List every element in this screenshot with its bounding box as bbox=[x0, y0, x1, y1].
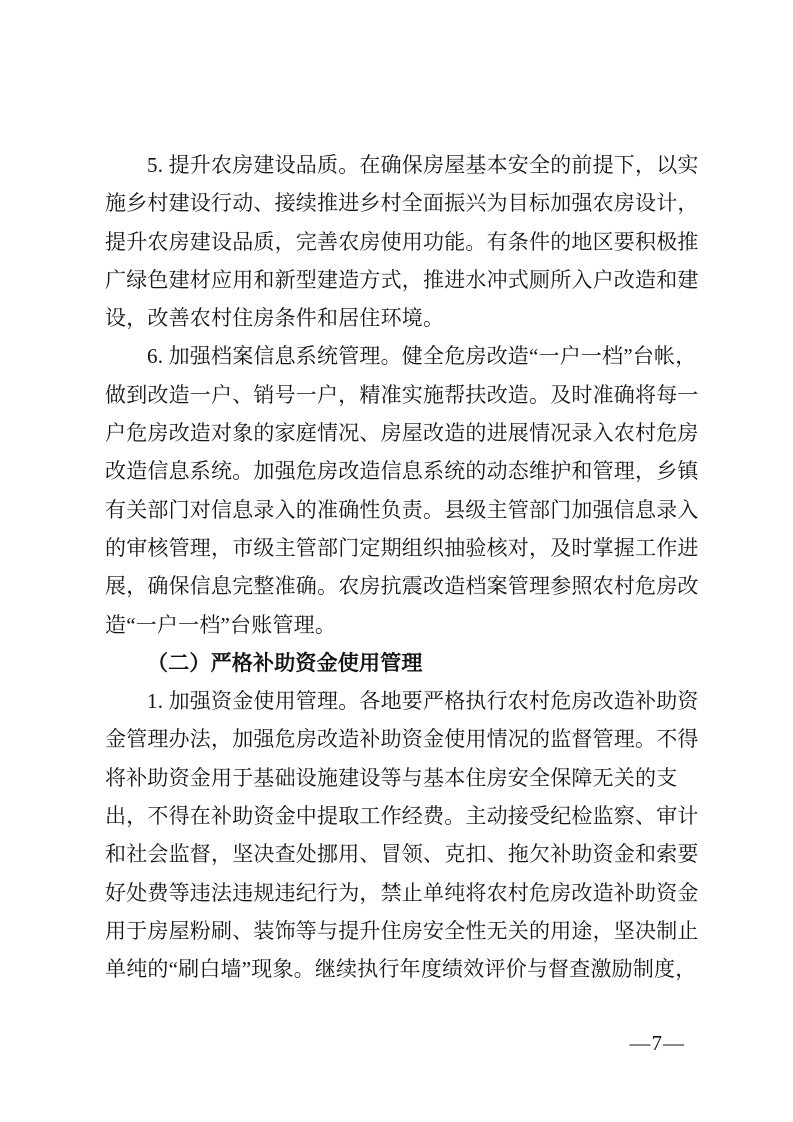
para-item1-line: 将补助资金用于基础设施建设等与基本住房安全保障无关的支 bbox=[105, 759, 697, 797]
para-item6-line: 户危房改造对象的家庭情况、房屋改造的进展情况录入农村危房 bbox=[105, 414, 697, 452]
para-item1-line: 1. 加强资金使用管理。各地要严格执行农村危房改造补助资 bbox=[105, 682, 697, 720]
para-item6-line: 的审核管理，市级主管部门定期组织抽验核对，及时掌握工作进 bbox=[105, 529, 697, 567]
para-item6-line: 造“一户一档”台账管理。 bbox=[105, 606, 697, 644]
para-item1-line: 出，不得在补助资金中提取工作经费。主动接受纪检监察、审计 bbox=[105, 797, 697, 835]
page-number: —7— bbox=[630, 1031, 686, 1055]
para-item1-line: 用于房屋粉刷、装饰等与提升住房安全性无关的用途，坚决制止 bbox=[105, 912, 697, 950]
para-item6-line: 做到改造一户、销号一户，精准实施帮扶改造。及时准确将每一 bbox=[105, 376, 697, 414]
para-item1-line: 好处费等违法违规违纪行为，禁止单纯将农村危房改造补助资金 bbox=[105, 874, 697, 912]
para-item5-line: 施乡村建设行动、接续推进乡村全面振兴为目标加强农房设计， bbox=[105, 184, 697, 222]
para-item5-line: 广绿色建材应用和新型建造方式，推进水冲式厕所入户改造和建 bbox=[105, 261, 697, 299]
para-item1-line: 单纯的“刷白墙”现象。继续执行年度绩效评价与督查激励制度， bbox=[105, 950, 697, 988]
section-heading: （二）严格补助资金使用管理 bbox=[105, 644, 697, 682]
para-item5-line: 5. 提升农房建设品质。在确保房屋基本安全的前提下，以实 bbox=[105, 146, 697, 184]
para-item6-line: 展，确保信息完整准确。农房抗震改造档案管理参照农村危房改 bbox=[105, 567, 697, 605]
para-item6-line: 6. 加强档案信息系统管理。健全危房改造“一户一档”台帐， bbox=[105, 337, 697, 375]
document-page: 5. 提升农房建设品质。在确保房屋基本安全的前提下，以实 施乡村建设行动、接续推… bbox=[0, 0, 793, 1122]
para-item5-line: 提升农房建设品质，完善农房使用功能。有条件的地区要积极推 bbox=[105, 223, 697, 261]
document-body: 5. 提升农房建设品质。在确保房屋基本安全的前提下，以实 施乡村建设行动、接续推… bbox=[105, 146, 697, 989]
para-item1-line: 和社会监督，坚决查处挪用、冒领、克扣、拖欠补助资金和索要 bbox=[105, 835, 697, 873]
para-item1-line: 金管理办法，加强危房改造补助资金使用情况的监督管理。不得 bbox=[105, 720, 697, 758]
para-item6-line: 改造信息系统。加强危房改造信息系统的动态维护和管理，乡镇 bbox=[105, 452, 697, 490]
para-item6-line: 有关部门对信息录入的准确性负责。县级主管部门加强信息录入 bbox=[105, 491, 697, 529]
para-item5-line: 设，改善农村住房条件和居住环境。 bbox=[105, 299, 697, 337]
